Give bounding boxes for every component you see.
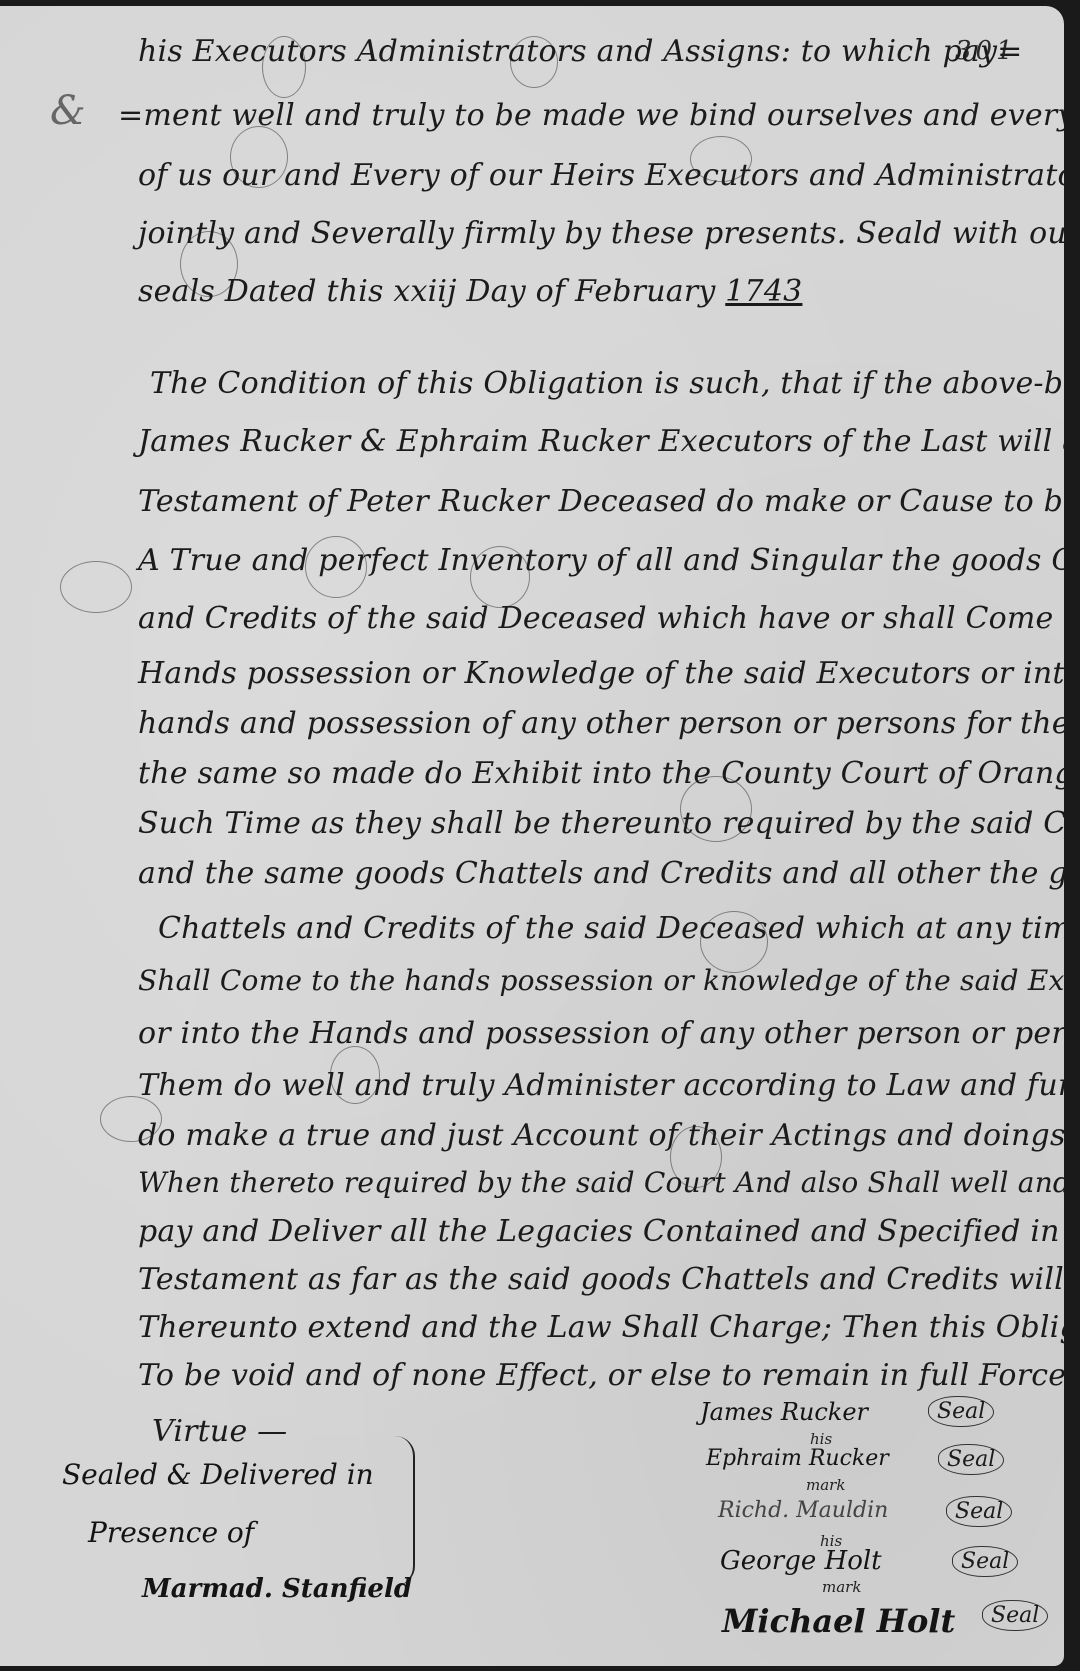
text-line: Them do well and truly Administer accord…: [138, 1068, 1080, 1103]
witness-signature: Marmad. Stanfield: [142, 1574, 412, 1604]
text-line: Chattels and Credits of the said Decease…: [158, 911, 1080, 946]
text-line: pay and Deliver all the Legacies Contain…: [138, 1214, 1080, 1249]
text-line: his Executors Administrators and Assigns…: [138, 34, 1022, 69]
seal-mark: Seal: [928, 1396, 994, 1427]
text-line: and the same goods Chattels and Credits …: [138, 856, 1080, 891]
text-line: The Condition of this Obligation is such…: [150, 366, 1080, 401]
seal-mark: Seal: [946, 1496, 1012, 1527]
text-line: Such Time as they shall be thereunto req…: [138, 806, 1080, 841]
mark-mark: mark: [806, 1476, 845, 1494]
text-line: Thereunto extend and the Law Shall Charg…: [138, 1310, 1080, 1345]
manuscript-page: 301 & his Executors Administrators and A…: [0, 6, 1064, 1666]
text-line: hands and possession of any other person…: [138, 706, 1080, 741]
text-line: To be void and of none Effect, or else t…: [138, 1358, 1080, 1393]
text-line: When thereto required by the said Court …: [138, 1166, 1080, 1199]
margin-mark: &: [50, 88, 86, 134]
flourish-decoration: [60, 561, 132, 613]
text-line: seals Dated this xxiij Day of February 1…: [138, 274, 802, 309]
signature-james-rucker: James Rucker: [700, 1398, 868, 1426]
text-line: the same so made do Exhibit into the Cou…: [138, 756, 1080, 791]
text-line: Testament of Peter Rucker Deceased do ma…: [138, 484, 1080, 519]
seal-mark: Seal: [952, 1546, 1018, 1577]
signature-ephraim-rucker: Ephraim Rucker: [706, 1446, 889, 1471]
text-line: Virtue —: [152, 1414, 287, 1449]
signature-michael-holt: Michael Holt: [722, 1602, 955, 1640]
text-line: jointly and Severally firmly by these pr…: [138, 216, 1080, 251]
text-line: do make a true and just Account of their…: [138, 1118, 1080, 1153]
attestation-line-1: Sealed & Delivered in: [62, 1458, 374, 1491]
date-line: seals Dated this xxiij Day of February: [138, 274, 716, 309]
date-year: 1743: [725, 274, 802, 309]
text-line: =ment well and truly to be made we bind …: [118, 98, 1080, 133]
text-line: and Credits of the said Deceased which h…: [138, 601, 1080, 636]
scan-right-border: [1064, 0, 1080, 1671]
signature-george-holt: George Holt: [720, 1546, 882, 1576]
attestation-line-2: Presence of: [88, 1516, 254, 1549]
seal-mark: Seal: [982, 1600, 1048, 1631]
text-line: or into the Hands and possession of any …: [138, 1016, 1080, 1051]
brace-mark: [395, 1436, 415, 1586]
seal-mark: Seal: [938, 1444, 1004, 1475]
signature-richd-mauldin: Richd. Mauldin: [718, 1498, 888, 1523]
text-line: Shall Come to the hands possession or kn…: [138, 964, 1080, 997]
text-line: A True and perfect Inventory of all and …: [138, 543, 1080, 578]
text-line: Hands possession or Knowledge of the sai…: [138, 656, 1080, 691]
text-line: Testament as far as the said goods Chatt…: [138, 1262, 1064, 1297]
mark-mark: mark: [822, 1578, 861, 1596]
text-line: of us our and Every of our Heirs Executo…: [138, 158, 1080, 193]
text-line: James Rucker & Ephraim Rucker Executors …: [138, 424, 1080, 459]
